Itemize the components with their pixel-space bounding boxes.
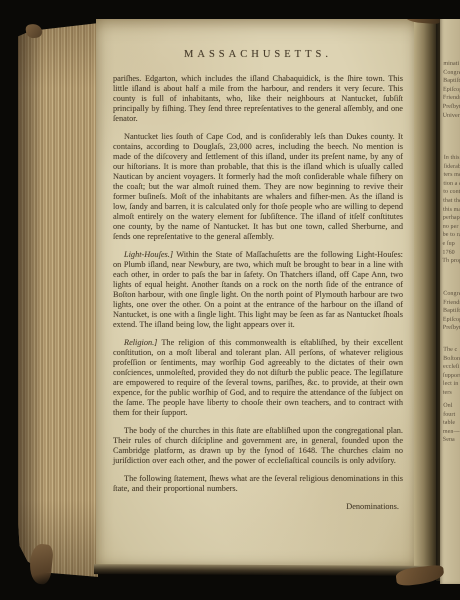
facing-text-fragments: minatiCongregatiBaptiſts,EpiſcopaliansFr… [443,60,460,121]
paragraph-churches: The body of the churches in this ſtate a… [113,426,403,466]
facing-text-fragments: CongregFriends mBaptiſts,EpiſcopalPreſby… [443,290,460,334]
facing-text-fragments: In this ſſiderableters mortion a conto c… [442,154,460,266]
paragraph-text: The body of the churches in this ſtate a… [113,426,403,465]
paragraph-parishes: pariſhes. Edgarton, which includes the i… [113,74,403,124]
paragraph-text: The following ſtatement, ſhews what are … [113,474,403,493]
text-block: MASSACHUSETTS. pariſhes. Edgarton, which… [96,19,418,511]
paragraph-text: pariſhes. Edgarton, which includes the i… [113,74,403,123]
paragraph-text: The religion of this commonwealth is eſt… [113,338,403,417]
running-header: MASSACHUSETTS. [113,49,403,60]
paragraph-light-houses: Light-Houſes.] Within the State of Maſſa… [113,250,403,330]
gutter-shadow [414,17,437,575]
paragraph-nantucket: Nantucket lies ſouth of Cape Cod, and is… [113,132,403,242]
paragraph-lead-italic: Light-Houſes.] [124,250,173,259]
paragraph-statement: The following ſtatement, ſhews what are … [113,474,403,494]
book-page: MASSACHUSETTS. pariſhes. Edgarton, which… [96,19,418,570]
facing-text-fragments: Onlfourttablemen—Sena [443,402,460,446]
catchword: Denominations. [113,502,403,511]
page-bottom-edge [94,564,440,576]
photo-background-top [0,0,460,19]
paragraph-text: Within the State of Maſſachuſetts are th… [113,250,403,329]
paragraph-religion: Religion.] The religion of this commonwe… [113,338,403,418]
facing-text-fragments: The cBoſton,eccleſiſupportlect in iters [443,346,460,398]
book-photograph: MASSACHUSETTS. pariſhes. Edgarton, which… [0,0,460,600]
paragraph-text: Nantucket lies ſouth of Cape Cod, and is… [113,132,403,241]
paragraph-lead-italic: Religion.] [124,338,157,347]
facing-page-edge: minatiCongregatiBaptiſts,EpiſcopaliansFr… [440,14,460,584]
page-edge-stack-left [18,22,98,578]
